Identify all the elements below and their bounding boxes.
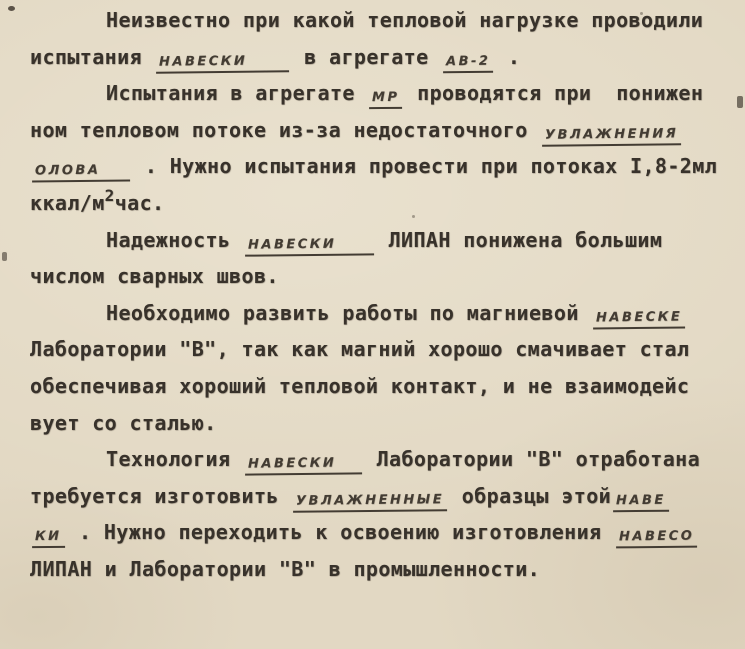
text-line: числом сварных швов.	[30, 264, 745, 301]
handwritten-insertion: навески	[245, 236, 374, 256]
typed-text: требуется изготовить	[30, 484, 291, 508]
handwritten-insertion: олова	[32, 163, 131, 183]
text-line: Испытания в агрегате МР проводятся при п…	[30, 81, 745, 118]
typed-text: . Нужно переходить к освоению изготовлен…	[67, 520, 614, 544]
handwritten-insertion: увлажненные	[293, 492, 447, 513]
text-line: вует со сталью.	[30, 411, 745, 448]
typed-text: Испытания в агрегате	[106, 81, 367, 105]
handwritten-insertion: навесо	[616, 529, 698, 549]
text-line: ки . Нужно переходить к освоению изготов…	[30, 520, 745, 557]
typed-text: в агрегате	[292, 45, 441, 69]
typed-text: Надежность	[106, 228, 243, 252]
typed-text: Необходимо развить работы по магниевой	[106, 301, 591, 325]
typed-text: ЛИПАН понижена большим	[376, 228, 662, 252]
typed-text: Лаборатории "В", так как магний хорошо с…	[30, 337, 689, 361]
typed-text: час.	[115, 191, 165, 215]
handwritten-insertion: навески	[245, 456, 362, 476]
text-line: ном тепловом потоке из-за недостаточного…	[30, 118, 745, 155]
text-line: Необходимо развить работы по магниевой н…	[30, 301, 745, 338]
typed-text: испытания	[30, 45, 154, 69]
handwritten-insertion: МР	[369, 90, 403, 109]
typed-text: Технология	[106, 447, 243, 471]
text-line: Неизвестно при какой тепловой нагрузке п…	[30, 8, 745, 45]
typed-text: ном тепловом потоке из-за недостаточного	[30, 118, 540, 142]
text-line: Технология навески Лаборатории "В" отраб…	[30, 447, 745, 484]
handwritten-insertion: наве	[613, 492, 669, 512]
text-line: Надежность навески ЛИПАН понижена больши…	[30, 228, 745, 265]
text-line: испытания навески в агрегате АВ-2 .	[30, 45, 745, 82]
typed-text: Лаборатории "В" отработана	[364, 447, 700, 471]
text-line: ЛИПАН и Лаборатории "В" в промышленности…	[30, 557, 745, 594]
typed-text: .	[495, 45, 520, 69]
superscript-text: 2	[105, 186, 115, 205]
typed-text: Неизвестно при какой тепловой нагрузке п…	[106, 8, 703, 32]
typed-text: ккал/м	[30, 191, 105, 215]
typed-text: образцы этой	[449, 484, 611, 508]
handwritten-insertion: навески	[156, 53, 289, 73]
handwritten-insertion: АВ-2	[443, 53, 494, 73]
typed-text: проводятся при понижен	[405, 81, 704, 105]
text-line: ккал/м2час.	[30, 191, 745, 228]
typed-text: ЛИПАН и Лаборатории "В" в промышленности…	[30, 557, 540, 581]
typed-text: вует со сталью.	[30, 411, 217, 435]
text-line: обеспечивая хороший тепловой контакт, и …	[30, 374, 745, 411]
scanned-document-page: Неизвестно при какой тепловой нагрузке п…	[0, 0, 745, 649]
handwritten-insertion: навеске	[593, 309, 685, 329]
typed-text: . Нужно испытания провести при потоках I…	[132, 154, 717, 178]
typed-text: числом сварных швов.	[30, 264, 279, 288]
text-line: олова . Нужно испытания провести при пот…	[30, 154, 745, 191]
handwritten-insertion: ки	[32, 529, 65, 548]
document-lines: Неизвестно при какой тепловой нагрузке п…	[0, 8, 745, 594]
text-line: Лаборатории "В", так как магний хорошо с…	[30, 337, 745, 374]
handwritten-insertion: увлажнения	[542, 126, 681, 146]
typed-text: обеспечивая хороший тепловой контакт, и …	[30, 374, 689, 398]
text-line: требуется изготовить увлажненные образцы…	[30, 484, 745, 521]
